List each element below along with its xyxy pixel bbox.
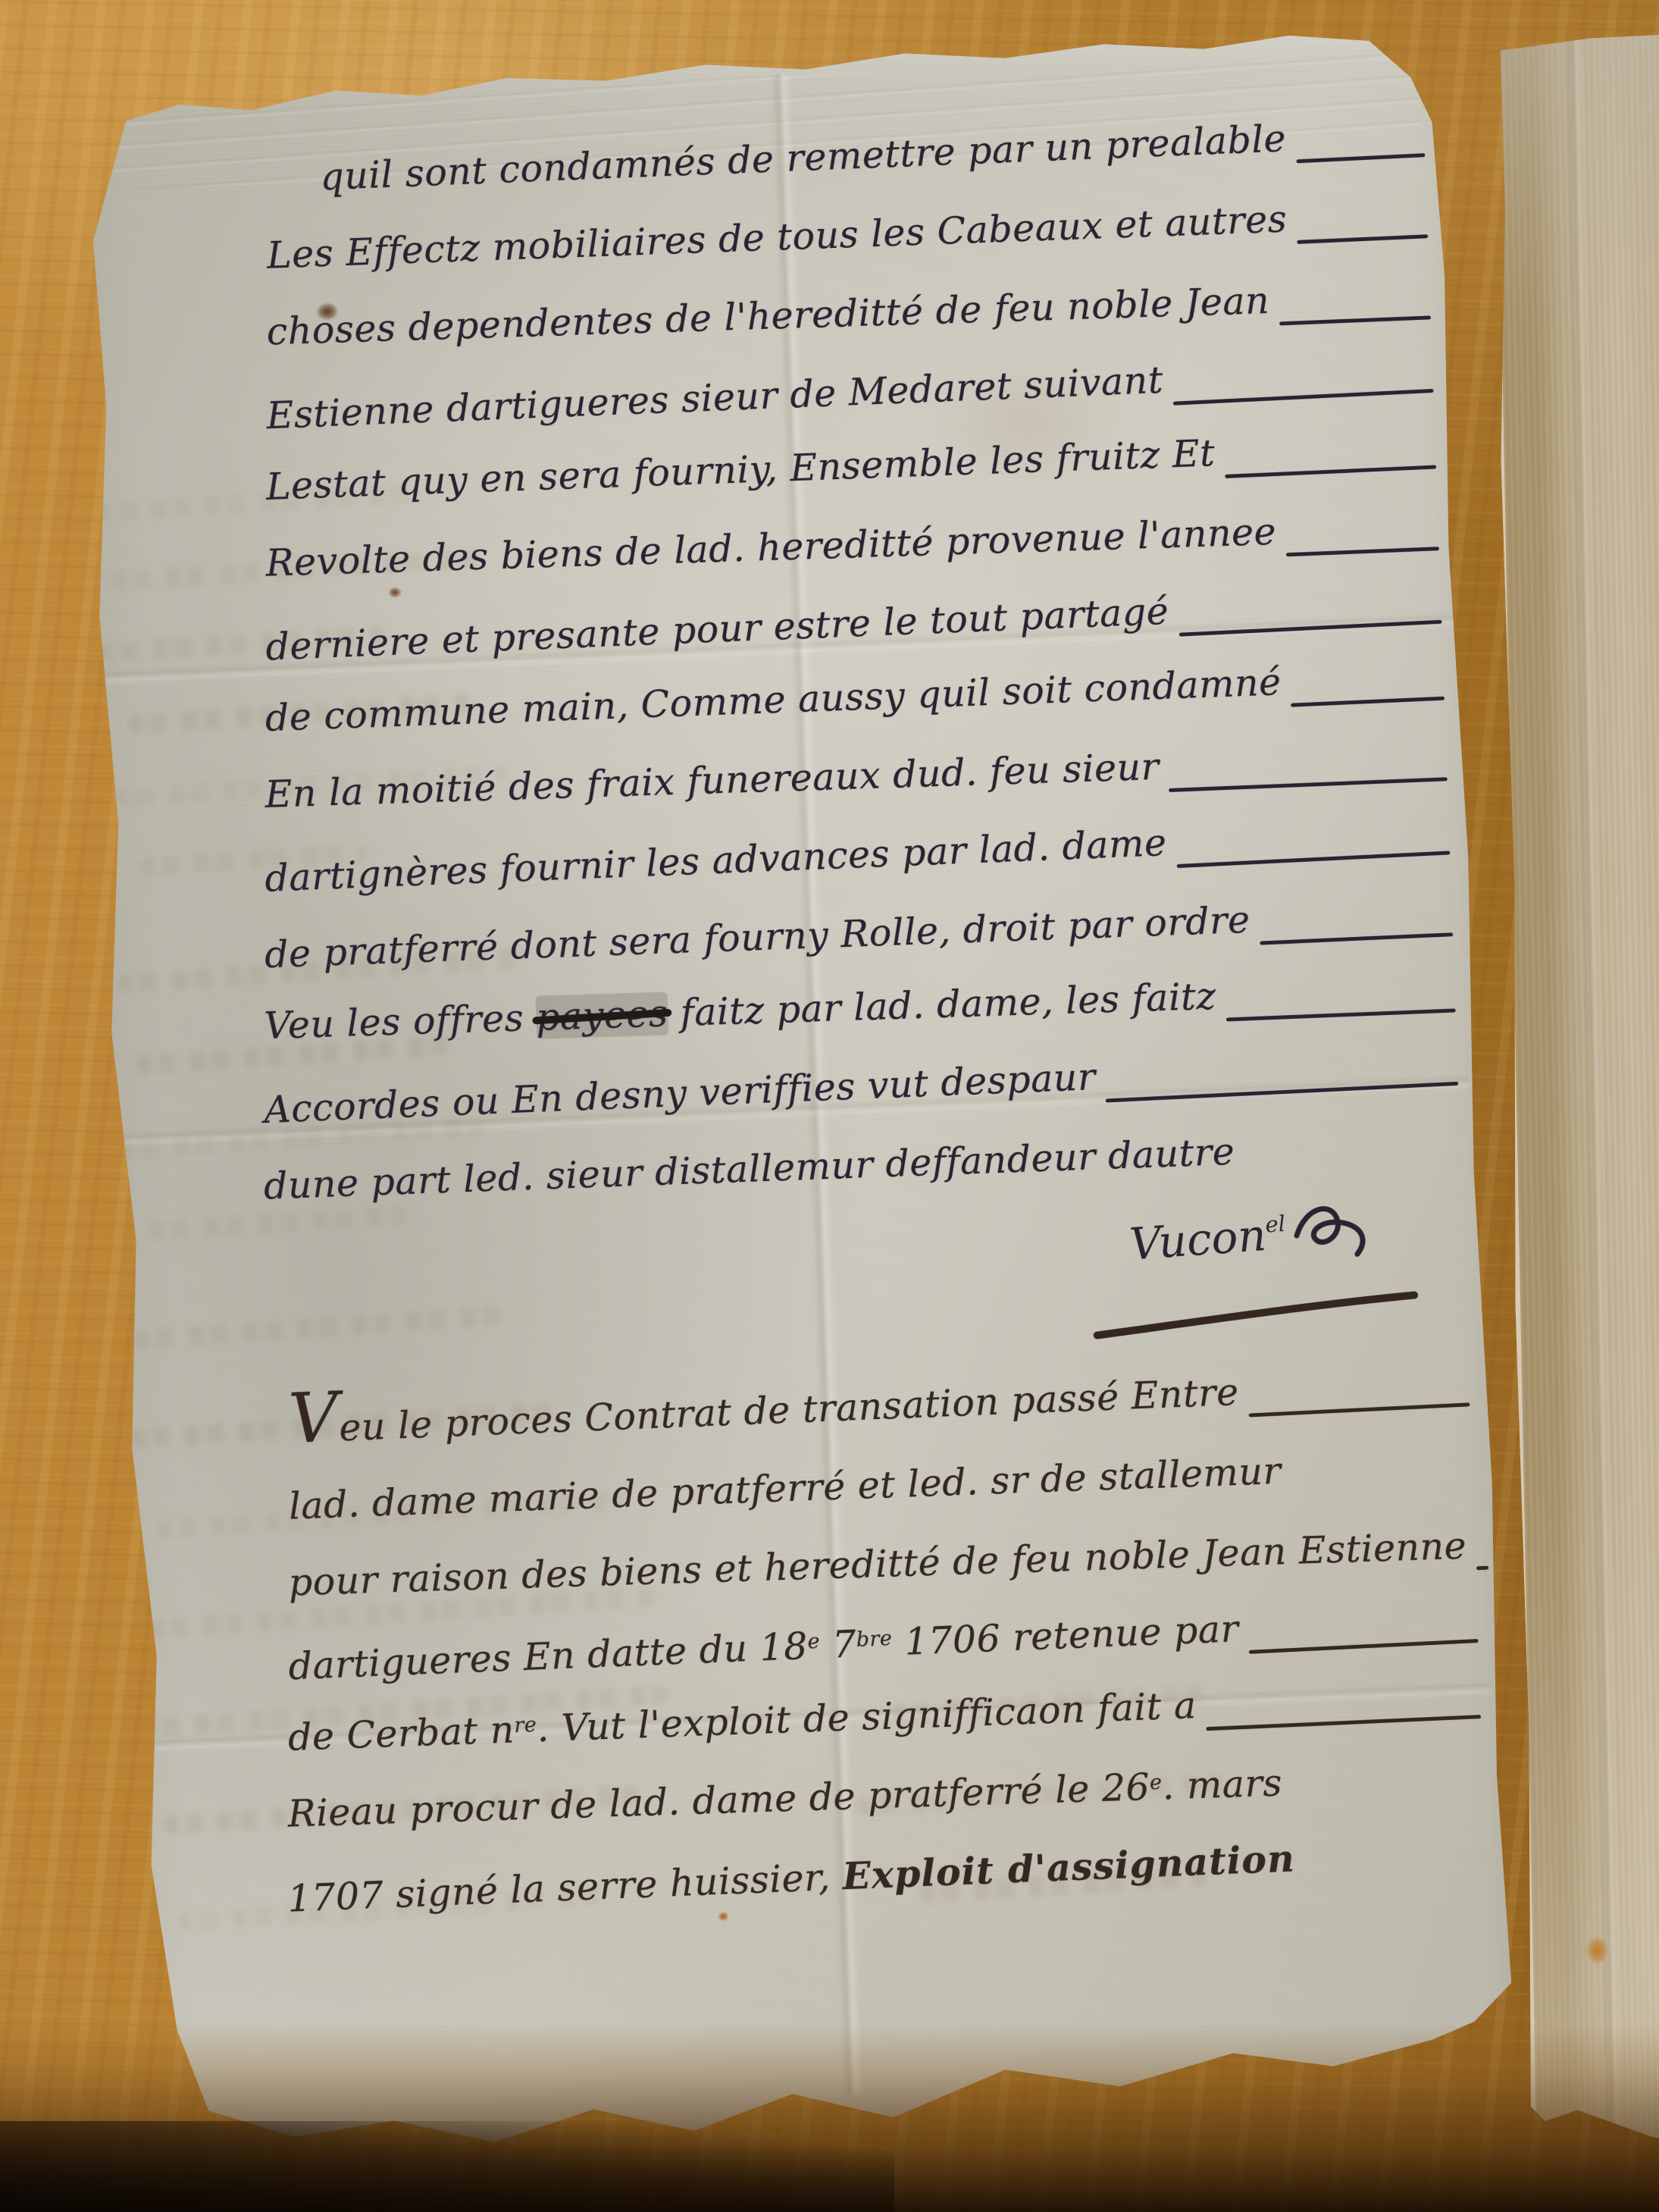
line-filler-stroke <box>1269 274 1435 356</box>
line-text: Veu le proces Contrat de transation pass… <box>288 1371 1239 1452</box>
folio-fold-crease <box>1563 36 1623 2150</box>
paragraph-2: Veu le proces Contrat de transation pass… <box>311 1366 1492 1948</box>
line-filler-stroke <box>1094 1041 1463 1133</box>
divider-stroke <box>1090 1289 1422 1340</box>
paraph-flourish-icon <box>1290 1195 1379 1265</box>
line-filler-stroke <box>1285 111 1429 194</box>
manuscript-page: quil sont condamnés de remettre par un p… <box>36 25 1534 2157</box>
line-filler-stroke <box>1238 1597 1482 1684</box>
line-filler-stroke <box>1280 654 1448 738</box>
paragraph-1: quil sont condamnés de remettre par un p… <box>266 116 1465 1239</box>
line-filler-stroke <box>1276 505 1443 587</box>
manuscript-text-block: quil sont condamnés de remettre par un p… <box>266 116 1491 1948</box>
line-filler-stroke <box>1214 424 1440 509</box>
line-filler-stroke <box>1195 1674 1485 1761</box>
signature-text: Vuconel <box>1128 1208 1288 1270</box>
line-filler-stroke <box>1163 347 1438 435</box>
line-filler-stroke <box>1466 1524 1492 1602</box>
line-filler-stroke <box>1238 1361 1474 1447</box>
line-filler-stroke <box>1249 891 1457 976</box>
line-filler-stroke <box>1216 967 1460 1052</box>
line-filler-stroke <box>1166 810 1454 898</box>
photo-scene: quil sont condamnés de remettre par un p… <box>0 0 1659 2212</box>
line-filler-stroke <box>1159 736 1452 822</box>
line-filler-stroke <box>1286 193 1432 275</box>
line-filler-stroke <box>1168 578 1446 667</box>
table-corner-shadow <box>0 2121 894 2212</box>
